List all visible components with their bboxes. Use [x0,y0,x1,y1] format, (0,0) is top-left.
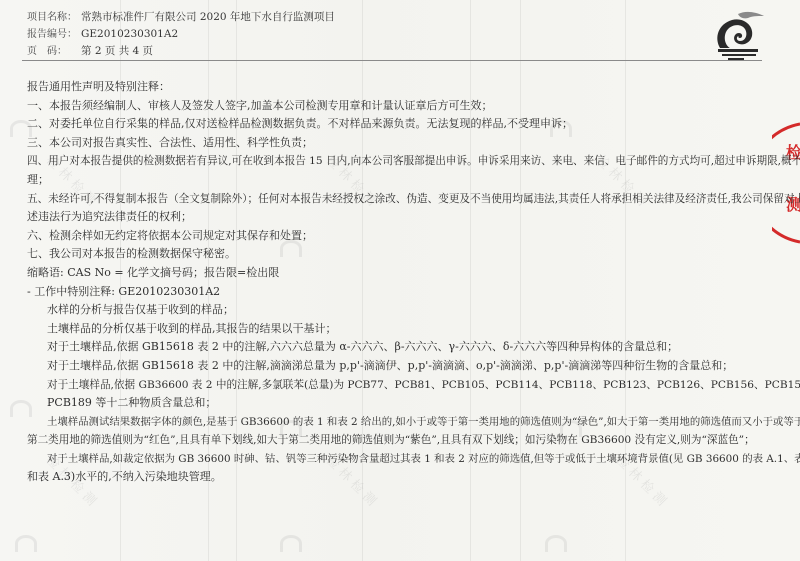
special-note-title: - 工作中特别注释: GE2010230301A2 [27,283,787,302]
abbreviation: 缩略语: CAS No = 化学文摘号码；报告限=检出限 [27,264,787,283]
color-note-1: 土壤样品测试结果数据字体的颜色,是基于 GB36600 的表 1 和表 2 给出… [27,413,787,432]
header-divider [22,60,762,61]
clause-2: 二、对委托单位自行采集的样品,仅对送检样品检测数据负责。不对样品来源负责。无法复… [27,115,787,134]
clause-4-cont: 理； [27,171,787,190]
note-pcb: 对于土壤样品,依据 GB36600 表 2 中的注解,多氯联苯(总量)为 PCB… [27,376,787,395]
note-water: 水样的分析与报告仅基于收到的样品； [27,301,787,320]
report-body: 报告通用性声明及特别注释： 一、本报告须经编制人、审核人及签发人签字,加盖本公司… [27,78,787,487]
clause-7: 七、我公司对本报告的检测数据保守秘密。 [27,245,787,264]
watermark-swirl-icon [545,535,567,552]
background-note-2: 和表 A.3)水平的,不纳入污染地块管理。 [27,468,787,487]
section-title: 报告通用性声明及特别注释： [27,78,787,97]
project-value: 常熟市标准件厂有限公司 2020 年地下水自行监测项目 [81,9,335,26]
page-number-label: 页 码： [27,43,81,60]
note-ddt: 对于土壤样品,依据 GB15618 表 2 中的注解,滴滴涕总量为 p,p'-滴… [27,357,787,376]
company-logo-icon [708,10,768,62]
report-page: 检 林 检 测 检 林 检 测 检 林 检 测 检 林 检 测 检 林 检 测 … [0,0,800,561]
clause-1: 一、本报告须经编制人、审核人及签发人签字,加盖本公司检测专用章和计量认证章后方可… [27,97,787,116]
clause-6: 六、检测余样如无约定将依据本公司规定对其保存和处置； [27,227,787,246]
project-label: 项目名称： [27,9,81,26]
clause-3: 三、本公司对报告真实性、合法性、适用性、科学性负责； [27,134,787,153]
report-number-value: GE2010230301A2 [81,26,178,43]
background-note-1: 对于土壤样品,如裁定依据为 GB 36600 时砷、钴、钒等三种污染物含量超过其… [27,450,787,469]
clause-5: 五、未经许可,不得复制本报告（全文复制除外）；任何对本报告未经授权之涂改、伪造、… [27,190,787,209]
clause-4: 四、用户对本报告提供的检测数据若有异议,可在收到本报告 15 日内,向本公司客服… [27,152,787,171]
report-header: 项目名称： 常熟市标准件厂有限公司 2020 年地下水自行监测项目 报告编号： … [27,9,335,60]
note-hch: 对于土壤样品,依据 GB15618 表 2 中的注解,六六六总量为 α-六六六、… [27,338,787,357]
note-pcb-cont: PCB189 等十二种物质含量总和； [27,394,787,413]
project-row: 项目名称： 常熟市标准件厂有限公司 2020 年地下水自行监测项目 [27,9,335,26]
report-number-label: 报告编号： [27,26,81,43]
color-note-2: 第二类用地的筛选值则为“红色”,且具有单下划线,如大于第二类用地的筛选值则为“紫… [27,431,787,450]
watermark-swirl-icon [15,535,37,552]
note-soil-dry: 土壤样品的分析仅基于收到的样品,其报告的结果以干基计； [27,320,787,339]
clause-5-cont: 述违法行为追究法律责任的权利； [27,208,787,227]
page-number-value: 第 2 页 共 4 页 [81,43,153,60]
report-number-row: 报告编号： GE2010230301A2 [27,26,335,43]
watermark-swirl-icon [280,535,302,552]
page-number-row: 页 码： 第 2 页 共 4 页 [27,43,335,60]
